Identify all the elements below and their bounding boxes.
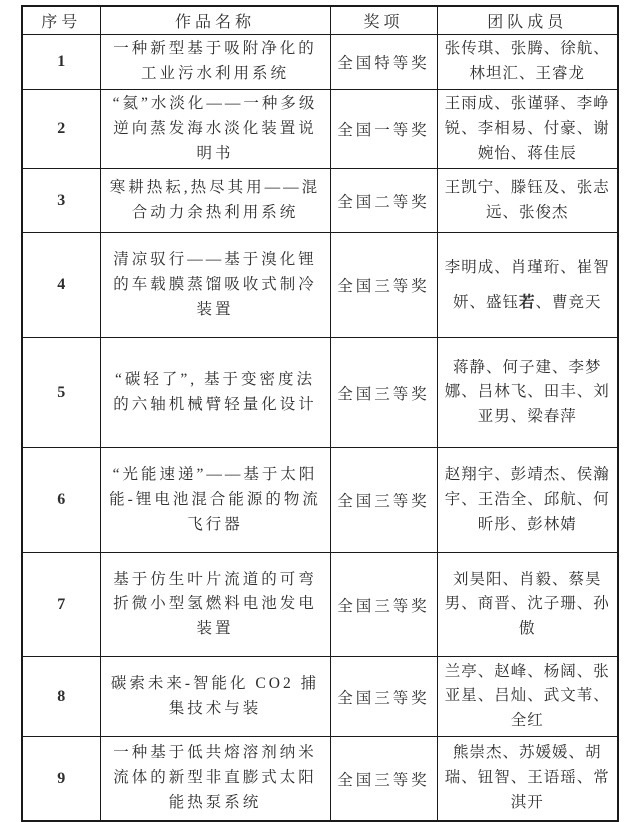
cell-award: 全国三等奖 [330, 657, 437, 737]
cell-award: 全国特等奖 [330, 35, 437, 90]
cell-award: 全国一等奖 [330, 90, 437, 169]
cell-index: 6 [22, 448, 100, 553]
cell-title: “光能速递”——基于太阳能-锂电池混合能源的物流飞行器 [100, 448, 330, 553]
cell-award: 全国二等奖 [330, 169, 437, 233]
cell-title: “碳轻了”, 基于变密度法的六轴机械臂轻量化设计 [100, 338, 330, 448]
cell-index: 4 [22, 233, 100, 338]
cell-members: 兰亭、赵峰、杨阔、张亚星、吕灿、武文苇、全红 [437, 657, 618, 737]
cell-members: 李明成、肖瑾珩、崔智妍、盛钰若、曹竞天 [437, 233, 618, 338]
cell-members: 蒋静、何子建、李梦娜、吕林飞、田丰、刘亚男、梁春萍 [437, 338, 618, 448]
cell-title: 一种基于低共熔溶剂纳米流体的新型非直膨式太阳能热泵系统 [100, 737, 330, 821]
table-body: 1一种新型基于吸附净化的工业污水利用系统全国特等奖张传琪、张腾、徐航、林坦汇、王… [22, 35, 618, 821]
cell-award: 全国三等奖 [330, 737, 437, 821]
member-name-highlight: 若 [519, 293, 536, 311]
table-row: 5“碳轻了”, 基于变密度法的六轴机械臂轻量化设计全国三等奖蒋静、何子建、李梦娜… [22, 338, 618, 448]
table-row: 3寒耕热耘,热尽其用——混合动力余热利用系统全国二等奖王凯宁、滕钰及、张志远、张… [22, 169, 618, 233]
cell-index: 2 [22, 90, 100, 169]
cell-award: 全国三等奖 [330, 553, 437, 657]
cell-title: 基于仿生叶片流道的可弯折微小型氢燃料电池发电装置 [100, 553, 330, 657]
cell-title: 碳索未来-智能化 CO2 捕集技术与装 [100, 657, 330, 737]
member-names: 王雨成、张谨驿、李峥锐、李相易、付豪、谢婉怡、蒋佳辰 [445, 95, 610, 162]
cell-title: 寒耕热耘,热尽其用——混合动力余热利用系统 [100, 169, 330, 233]
table-row: 9一种基于低共熔溶剂纳米流体的新型非直膨式太阳能热泵系统全国三等奖熊崇杰、苏媛媛… [22, 737, 618, 821]
cell-members: 刘昊阳、肖毅、蔡昊男、商晋、沈子珊、孙傲 [437, 553, 618, 657]
cell-index: 1 [22, 35, 100, 90]
cell-award: 全国三等奖 [330, 448, 437, 553]
cell-title: 一种新型基于吸附净化的工业污水利用系统 [100, 35, 330, 90]
cell-award: 全国三等奖 [330, 233, 437, 338]
header-cell-award: 奖项 [330, 6, 437, 35]
cell-index: 7 [22, 553, 100, 657]
header-cell-index: 序号 [22, 6, 100, 35]
cell-index: 3 [22, 169, 100, 233]
document-page: 序号作品名称奖项团队成员 1一种新型基于吸附净化的工业污水利用系统全国特等奖张传… [0, 0, 640, 822]
table-row: 6“光能速递”——基于太阳能-锂电池混合能源的物流飞行器全国三等奖赵翔宇、彭靖杰… [22, 448, 618, 553]
cell-members: 熊崇杰、苏媛媛、胡瑞、钮智、王语瑶、常淇开 [437, 737, 618, 821]
member-names: 张传琪、张腾、徐航、林坦汇、王睿龙 [445, 40, 610, 82]
awards-table: 序号作品名称奖项团队成员 1一种新型基于吸附净化的工业污水利用系统全国特等奖张传… [21, 5, 619, 822]
cell-members: 王凯宁、滕钰及、张志远、张俊杰 [437, 169, 618, 233]
table-row: 7基于仿生叶片流道的可弯折微小型氢燃料电池发电装置全国三等奖刘昊阳、肖毅、蔡昊男… [22, 553, 618, 657]
cell-index: 5 [22, 338, 100, 448]
member-names: 熊崇杰、苏媛媛、胡瑞、钮智、王语瑶、常淇开 [445, 744, 610, 811]
header-cell-members: 团队成员 [437, 6, 618, 35]
member-names: 赵翔宇、彭靖杰、侯瀚宇、王浩全、邱航、何昕彤、彭林婧 [445, 466, 610, 533]
cell-title: “氦”水淡化——一种多级逆向蒸发海水淡化装置说明书 [100, 90, 330, 169]
cell-index: 9 [22, 737, 100, 821]
member-names: 蒋静、何子建、李梦娜、吕林飞、田丰、刘亚男、梁春萍 [445, 359, 610, 426]
table-row: 4清凉驭行——基于溴化锂的车载膜蒸馏吸收式制冷装置全国三等奖李明成、肖瑾珩、崔智… [22, 233, 618, 338]
cell-award: 全国三等奖 [330, 338, 437, 448]
member-names: 刘昊阳、肖毅、蔡昊男、商晋、沈子珊、孙傲 [445, 571, 610, 638]
table-row: 8碳索未来-智能化 CO2 捕集技术与装全国三等奖兰亭、赵峰、杨阔、张亚星、吕灿… [22, 657, 618, 737]
table-row: 1一种新型基于吸附净化的工业污水利用系统全国特等奖张传琪、张腾、徐航、林坦汇、王… [22, 35, 618, 90]
cell-members: 张传琪、张腾、徐航、林坦汇、王睿龙 [437, 35, 618, 90]
cell-title: 清凉驭行——基于溴化锂的车载膜蒸馏吸收式制冷装置 [100, 233, 330, 338]
cell-index: 8 [22, 657, 100, 737]
member-names: 、曹竞天 [536, 294, 602, 311]
header-row: 序号作品名称奖项团队成员 [22, 6, 618, 35]
table-row: 2“氦”水淡化——一种多级逆向蒸发海水淡化装置说明书全国一等奖王雨成、张谨驿、李… [22, 90, 618, 169]
member-names: 王凯宁、滕钰及、张志远、张俊杰 [445, 179, 610, 221]
header-cell-title: 作品名称 [100, 6, 330, 35]
cell-members: 赵翔宇、彭靖杰、侯瀚宇、王浩全、邱航、何昕彤、彭林婧 [437, 448, 618, 553]
cell-members: 王雨成、张谨驿、李峥锐、李相易、付豪、谢婉怡、蒋佳辰 [437, 90, 618, 169]
member-names: 兰亭、赵峰、杨阔、张亚星、吕灿、武文苇、全红 [445, 663, 610, 730]
